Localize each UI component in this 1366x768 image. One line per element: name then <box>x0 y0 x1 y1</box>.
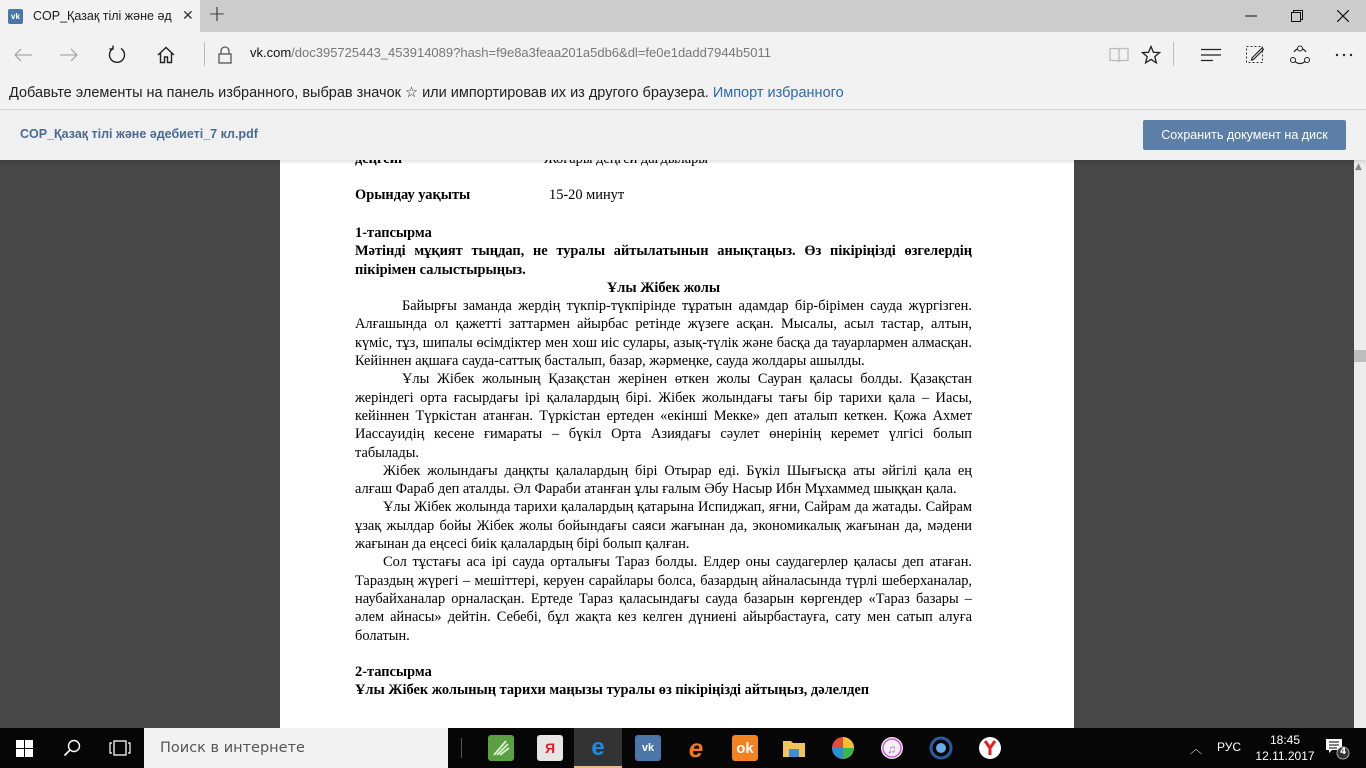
search-icon[interactable] <box>48 728 96 768</box>
document-filename: COP_Қазақ тілі және әдебиеті_7 кл.pdf <box>20 127 258 141</box>
file-explorer-icon[interactable] <box>781 735 807 761</box>
time-value: 15-20 минут <box>549 186 624 204</box>
odnoklassniki-app-icon[interactable]: ok <box>732 735 758 761</box>
favorite-star-icon[interactable] <box>1136 40 1166 70</box>
vk-favicon-icon: vk <box>8 9 23 24</box>
import-favorites-link[interactable]: Импорт избранного <box>713 85 844 101</box>
clock-time: 18:45 <box>1255 732 1315 748</box>
start-button[interactable] <box>0 728 48 768</box>
paragraph: Ұлы Жібек жолында тарихи қалалардың қата… <box>355 498 972 553</box>
time-label: Орындау уақыты <box>355 186 470 204</box>
close-window-button[interactable] <box>1320 0 1366 32</box>
level-label: деңгейі <box>355 160 402 168</box>
task2-instruction: Ұлы Жібек жолының тарихи маңызы туралы ө… <box>355 681 972 699</box>
svg-text:♫: ♫ <box>887 742 896 756</box>
action-center-icon[interactable]: 4 <box>1325 738 1351 764</box>
address-path: /doc395725443_453914089?hash=f9e8a3feaa2… <box>291 45 771 60</box>
taskbar-search-input[interactable]: Поиск в интернете <box>144 728 448 768</box>
save-to-disk-button[interactable]: Сохранить документ на диск <box>1143 120 1346 150</box>
yandex-browser-app-icon[interactable] <box>977 735 1003 761</box>
browser-app-icon[interactable] <box>830 735 856 761</box>
pdf-page: деңгейі Жоғары деңгей дағдылары Орындау … <box>280 160 1074 728</box>
task-view-icon[interactable] <box>96 728 144 768</box>
refresh-button[interactable] <box>102 40 132 70</box>
restore-button[interactable] <box>1274 0 1320 32</box>
tab-title: COP_Қазақ тілі және әд <box>33 9 178 23</box>
taskbar-separator <box>461 738 462 758</box>
task2-title: 2-тапсырма <box>355 663 972 681</box>
navigation-bar: vk.com/doc395725443_453914089?hash=f9e8a… <box>0 32 1366 77</box>
hub-icon[interactable] <box>1196 40 1226 70</box>
forward-button[interactable] <box>54 40 84 70</box>
pdf-viewer[interactable]: деңгейі Жоғары деңгей дағдылары Орындау … <box>0 160 1354 728</box>
media-player-app-icon[interactable] <box>928 735 954 761</box>
itunes-app-icon[interactable]: ♫ <box>879 735 905 761</box>
task1-instruction: Мәтінді мұқият тыңдап, не туралы айтылат… <box>355 242 972 279</box>
amigo-app-icon[interactable]: e <box>683 735 709 761</box>
tab-strip: vk COP_Қазақ тілі және әд ✕ + <box>0 0 1366 32</box>
paragraph: Жібек жолындағы даңқты қалалардың бірі О… <box>355 462 972 499</box>
new-tab-button[interactable]: + <box>206 4 228 28</box>
paragraph: Сол тұстағы аса ірі сауда орталығы Тараз… <box>355 553 972 644</box>
web-note-icon[interactable] <box>1240 40 1270 70</box>
vk-app-icon[interactable]: vk <box>635 735 661 761</box>
paragraph: Ұлы Жібек жолының Қазақстан жерінен өтке… <box>355 370 972 461</box>
favorites-hint-text: Добавьте элементы на панель избранного, … <box>9 85 713 101</box>
edge-app-icon[interactable]: e <box>585 735 611 761</box>
notification-count: 4 <box>1340 747 1346 757</box>
back-button[interactable] <box>8 40 38 70</box>
reading-view-icon[interactable] <box>1104 40 1134 70</box>
minimize-button[interactable] <box>1228 0 1274 32</box>
show-hidden-icons-button[interactable]: ︿ <box>1190 740 1202 757</box>
lock-icon <box>210 40 240 70</box>
clock-date: 12.11.2017 <box>1255 748 1315 764</box>
yandex-app-icon[interactable]: Я <box>537 735 563 761</box>
language-indicator[interactable]: РУС <box>1217 740 1241 754</box>
scrollbar-thumb[interactable] <box>1354 350 1366 362</box>
vertical-scrollbar[interactable]: ▲ <box>1354 160 1366 728</box>
paragraph: Байырғы заманда жердің түкпір-түкпірінде… <box>355 297 972 370</box>
browser-tab[interactable]: vk COP_Қазақ тілі және әд ✕ <box>0 0 200 32</box>
text-title: Ұлы Жібек жолы <box>355 279 972 297</box>
tab-close-icon[interactable]: ✕ <box>182 8 194 24</box>
coreldraw-app-icon[interactable] <box>488 735 514 761</box>
document-header: COP_Қазақ тілі және әдебиеті_7 кл.pdf Со… <box>0 110 1366 160</box>
share-icon[interactable] <box>1285 40 1315 70</box>
more-options-icon[interactable] <box>1329 40 1359 70</box>
windows-taskbar: Поиск в интернете Я e vk e ok ♫ ︿ РУС 18… <box>0 728 1366 768</box>
clock[interactable]: 18:45 12.11.2017 <box>1255 732 1315 764</box>
scroll-up-icon[interactable]: ▲ <box>1355 162 1362 172</box>
level-value: Жоғары деңгей дағдылары <box>544 160 708 168</box>
home-button[interactable] <box>151 40 181 70</box>
task1-title: 1-тапсырма <box>355 224 972 242</box>
address-host: vk.com <box>250 45 291 60</box>
address-bar[interactable]: vk.com/doc395725443_453914089?hash=f9e8a… <box>250 45 771 60</box>
favorites-bar: Добавьте элементы на панель избранного, … <box>0 77 1366 110</box>
